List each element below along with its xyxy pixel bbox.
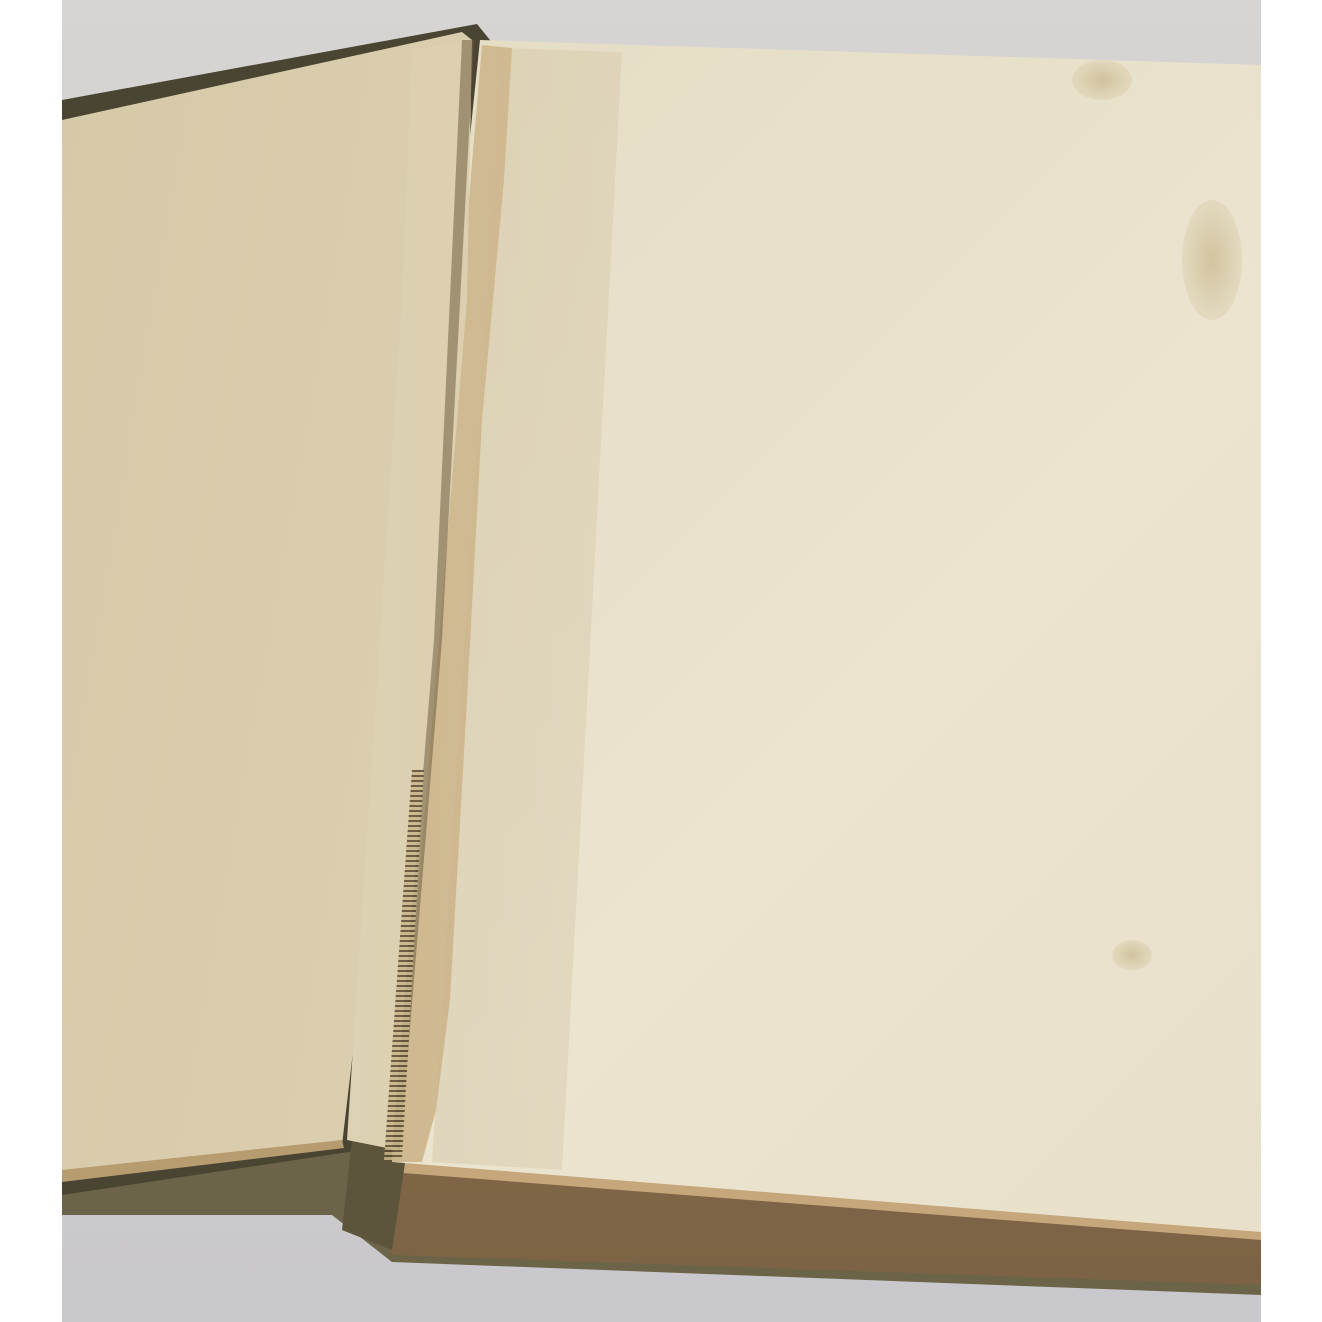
stain-spot	[1182, 200, 1242, 320]
stain-spot	[1112, 940, 1152, 970]
stain-spot	[1072, 60, 1132, 100]
book-photograph	[62, 0, 1261, 1322]
